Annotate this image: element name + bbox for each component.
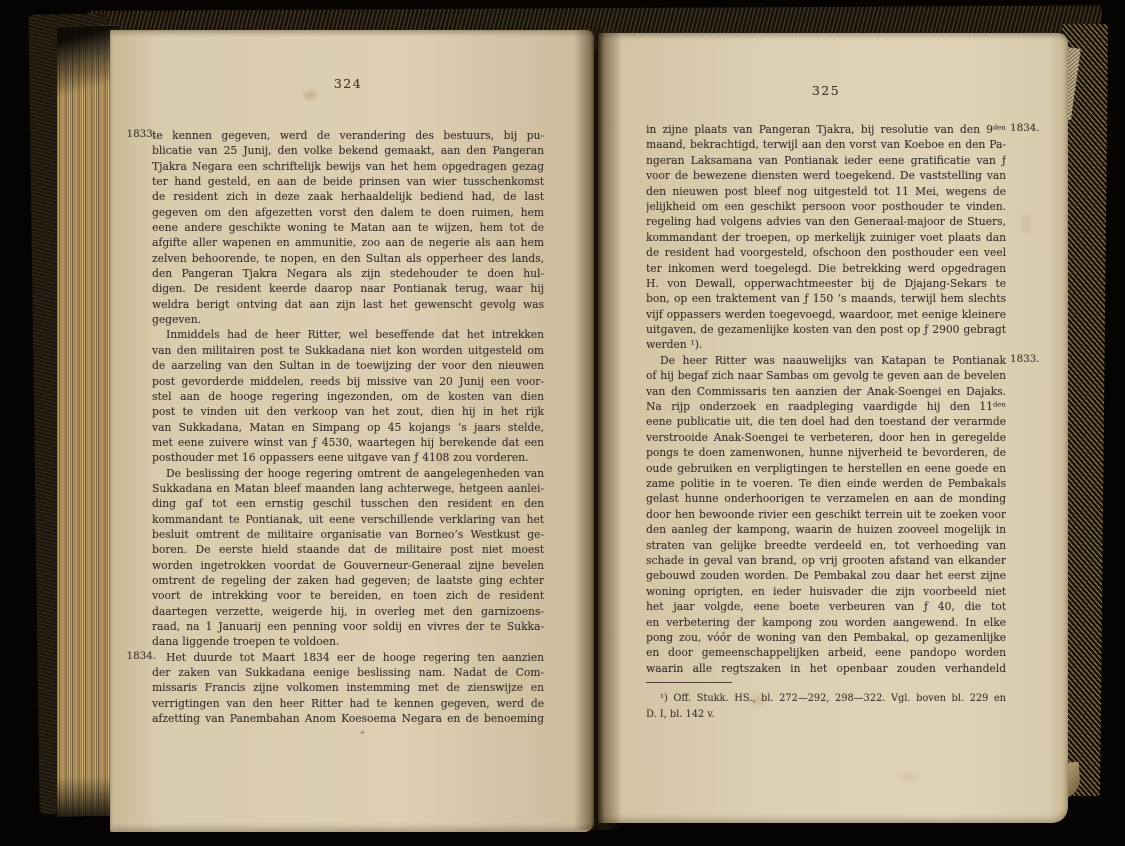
text-line: vijf oppassers werden toegevoegd, waardo…	[646, 307, 1006, 322]
text-line: en verbetering der kampong zou worden aa…	[646, 615, 1006, 630]
margin-year-note: 1834.	[1010, 122, 1062, 134]
text-line: gegeven om den afgezetten vorst den dale…	[152, 205, 544, 220]
text-line: stel aan de hooge regering ingezonden, o…	[152, 389, 544, 404]
body-text-left: te kennen gegeven, werd de verandering d…	[152, 128, 544, 726]
text-line: H. von Dewall, opperwachtmeester bij de …	[646, 276, 1006, 291]
text-line: maand, bekrachtigd, terwijl aan den vors…	[646, 137, 1006, 152]
text-line: ter hand gesteld, en aan de beide prinse…	[152, 174, 544, 189]
text-line: woning oprigten, en ieder huisvader die …	[646, 584, 1006, 599]
text-line: verrigtingen van den heer Ritter had te …	[152, 696, 544, 711]
text-line: gegeven.	[152, 312, 544, 327]
paper-stain	[1018, 209, 1034, 239]
text-line: daartegen verzette, weigerde hij, in ove…	[152, 604, 544, 619]
text-line: pongs te doen zamenwonen, hunne nijverhe…	[646, 445, 1006, 460]
margin-year-note: 1833.	[1010, 353, 1062, 365]
text-line: bon, op een traktement van ƒ 150 ’s maan…	[646, 291, 1006, 306]
text-line: gelast hunne onderhoorigen te verzamelen…	[646, 491, 1006, 506]
text-line: en door gemeenschappelijken arbeid, eene…	[646, 645, 1006, 660]
margin-year-note: 1833.	[116, 128, 156, 140]
text-line: raad, na 1 Januarij een penning voor sol…	[152, 619, 544, 634]
text-line: waarin alle regtszaken in het openbaar z…	[646, 661, 1006, 676]
text-line: Sukkadana en Matan bleef maanden lang ac…	[152, 481, 544, 496]
text-line: blicatie van 25 Junij, den volke bekend …	[152, 143, 544, 158]
margin-year-note: 1834.	[116, 650, 156, 662]
text-line: kommandant der troepen, op merkelijk zui…	[646, 230, 1006, 245]
footnote: ¹) Off. Stukk. HS., bl. 272—292, 298—322…	[646, 691, 1006, 723]
text-line: schade in geval van brand, op vrij groot…	[646, 553, 1006, 568]
page-number-left: 324	[152, 76, 544, 91]
body-text-right: in zijne plaats van Pangeran Tjakra, bij…	[646, 122, 1006, 676]
text-line: werden ¹).	[646, 337, 1006, 352]
text-line: den aanleg der kampong, waarin de huizen…	[646, 522, 1006, 537]
page-number-right: 325	[646, 83, 1006, 98]
text-line: gebouwd zouden worden. De Pembakal zou d…	[646, 568, 1006, 583]
text-line: uitgaven, de gezamenlijke kosten van den…	[646, 322, 1006, 337]
text-line: door hen bewoonde rivier een geschikt te…	[646, 507, 1006, 522]
text-line: van den Commissaris ten aanzien der Anak…	[646, 384, 1006, 399]
paper-stain	[360, 730, 365, 735]
text-line: met eene zuivere winst van ƒ 4530, waart…	[152, 435, 544, 450]
text-line: zame politie in te voeren. Te dien einde…	[646, 476, 1006, 491]
text-line: kommandant te Pontianak, uit eene versch…	[152, 512, 544, 527]
text-line: of hij begaf zich naar Sambas om gevolg …	[646, 368, 1006, 383]
right-page: 325 1834.1833. in zijne plaats van Pange…	[598, 33, 1068, 823]
text-line: voort de intrekking voor te bereiden, en…	[152, 588, 544, 603]
text-line: ding gaf tot een ernstig geschil tussche…	[152, 496, 544, 511]
text-line: de resident zich in deze zaak herhaaldel…	[152, 189, 544, 204]
text-line: zelven behoorende, te nopen, en den Sult…	[152, 251, 544, 266]
text-line: te kennen gegeven, werd de verandering d…	[152, 128, 544, 143]
text-line: weldra berigt ontving dat aan zijn last …	[152, 297, 544, 312]
text-line: De beslissing der hooge regering omtrent…	[152, 466, 544, 481]
text-line: post gevorderde middelen, reeds bij miss…	[152, 374, 544, 389]
footnote-line: ¹) Off. Stukk. HS., bl. 272—292, 298—322…	[646, 691, 1006, 707]
text-line: pong zou, vóór de woning van den Pembaka…	[646, 630, 1006, 645]
text-line: besluit omtrent de militaire organisatie…	[152, 527, 544, 542]
text-line: posthouder met 16 oppassers eene uitgave…	[152, 450, 544, 465]
text-line: post te vinden uit den verkoop van het z…	[152, 404, 544, 419]
text-line: verstrooide Anak-Soengei te verbeteren, …	[646, 430, 1006, 445]
footnote-rule	[646, 682, 732, 683]
text-line: het jaar volgde, eene boete verbeuren va…	[646, 599, 1006, 614]
text-line: jelijkheid om een geschikt persoon voor …	[646, 199, 1006, 214]
text-line: den Pangeran Tjakra Negara als zijn sted…	[152, 266, 544, 281]
book-photo: 324 1833.1834. te kennen gegeven, werd d…	[0, 0, 1125, 846]
footnote-line: D. I, bl. 142 v.	[646, 707, 1006, 723]
text-line: eene andere geschikte woning te Matan aa…	[152, 220, 544, 235]
text-line: afzetting van Panembahan Anom Koesoema N…	[152, 711, 544, 726]
text-line: straten van gelijke breedte verdeeld en,…	[646, 538, 1006, 553]
text-line: de resident had voorgesteld, ofschoon de…	[646, 245, 1006, 260]
text-line: Het duurde tot Maart 1834 eer de hooge r…	[152, 650, 544, 665]
left-page: 324 1833.1834. te kennen gegeven, werd d…	[110, 30, 594, 832]
text-line: ter inkomen werd toegelegd. Die betrekki…	[646, 261, 1006, 276]
text-line: den nieuwen post bleef nog uitgesteld to…	[646, 184, 1006, 199]
text-line: dana liggende troepen te voldoen.	[152, 634, 544, 649]
text-line: omtrent de regeling der zaken had gegeve…	[152, 573, 544, 588]
text-line: Inmiddels had de heer Ritter, wel beseff…	[152, 327, 544, 342]
paper-stain	[894, 769, 926, 785]
text-line: van Sukkadana, Matan en Simpang op 45 ko…	[152, 420, 544, 435]
text-line: digen. De resident keerde daarop naar Po…	[152, 281, 544, 296]
text-line: missaris Francis zijne volkomen instemmi…	[152, 680, 544, 695]
text-line: Tjakra Negara een schriftelijk bewijs va…	[152, 159, 544, 174]
text-line: voor de bewezene diensten werd toegekend…	[646, 168, 1006, 183]
text-line: afgifte aller wapenen en ammunitie, zoo …	[152, 235, 544, 250]
text-line: van den militairen post te Sukkadana nie…	[152, 343, 544, 358]
text-line: boren. De eerste hield staande dat de mi…	[152, 542, 544, 557]
text-line: worden ingetrokken voordat de Gouverneur…	[152, 558, 544, 573]
text-line: in zijne plaats van Pangeran Tjakra, bij…	[646, 122, 1006, 137]
text-line: de aarzeling van den Sultan in de toewij…	[152, 358, 544, 373]
text-line: oude gebruiken en verpligtingen te herst…	[646, 461, 1006, 476]
text-line: ngeran Laksamana van Pontianak ieder een…	[646, 153, 1006, 168]
text-line: regeling had volgens advies van den Gene…	[646, 214, 1006, 229]
text-line: Na rijp onderzoek en raadpleging vaardig…	[646, 399, 1006, 414]
text-line: eene publicatie uit, die ten doel had de…	[646, 414, 1006, 429]
text-line: der zaken van Sukkadana eenige beslissin…	[152, 665, 544, 680]
text-line: De heer Ritter was naauwelijks van Katap…	[646, 353, 1006, 368]
